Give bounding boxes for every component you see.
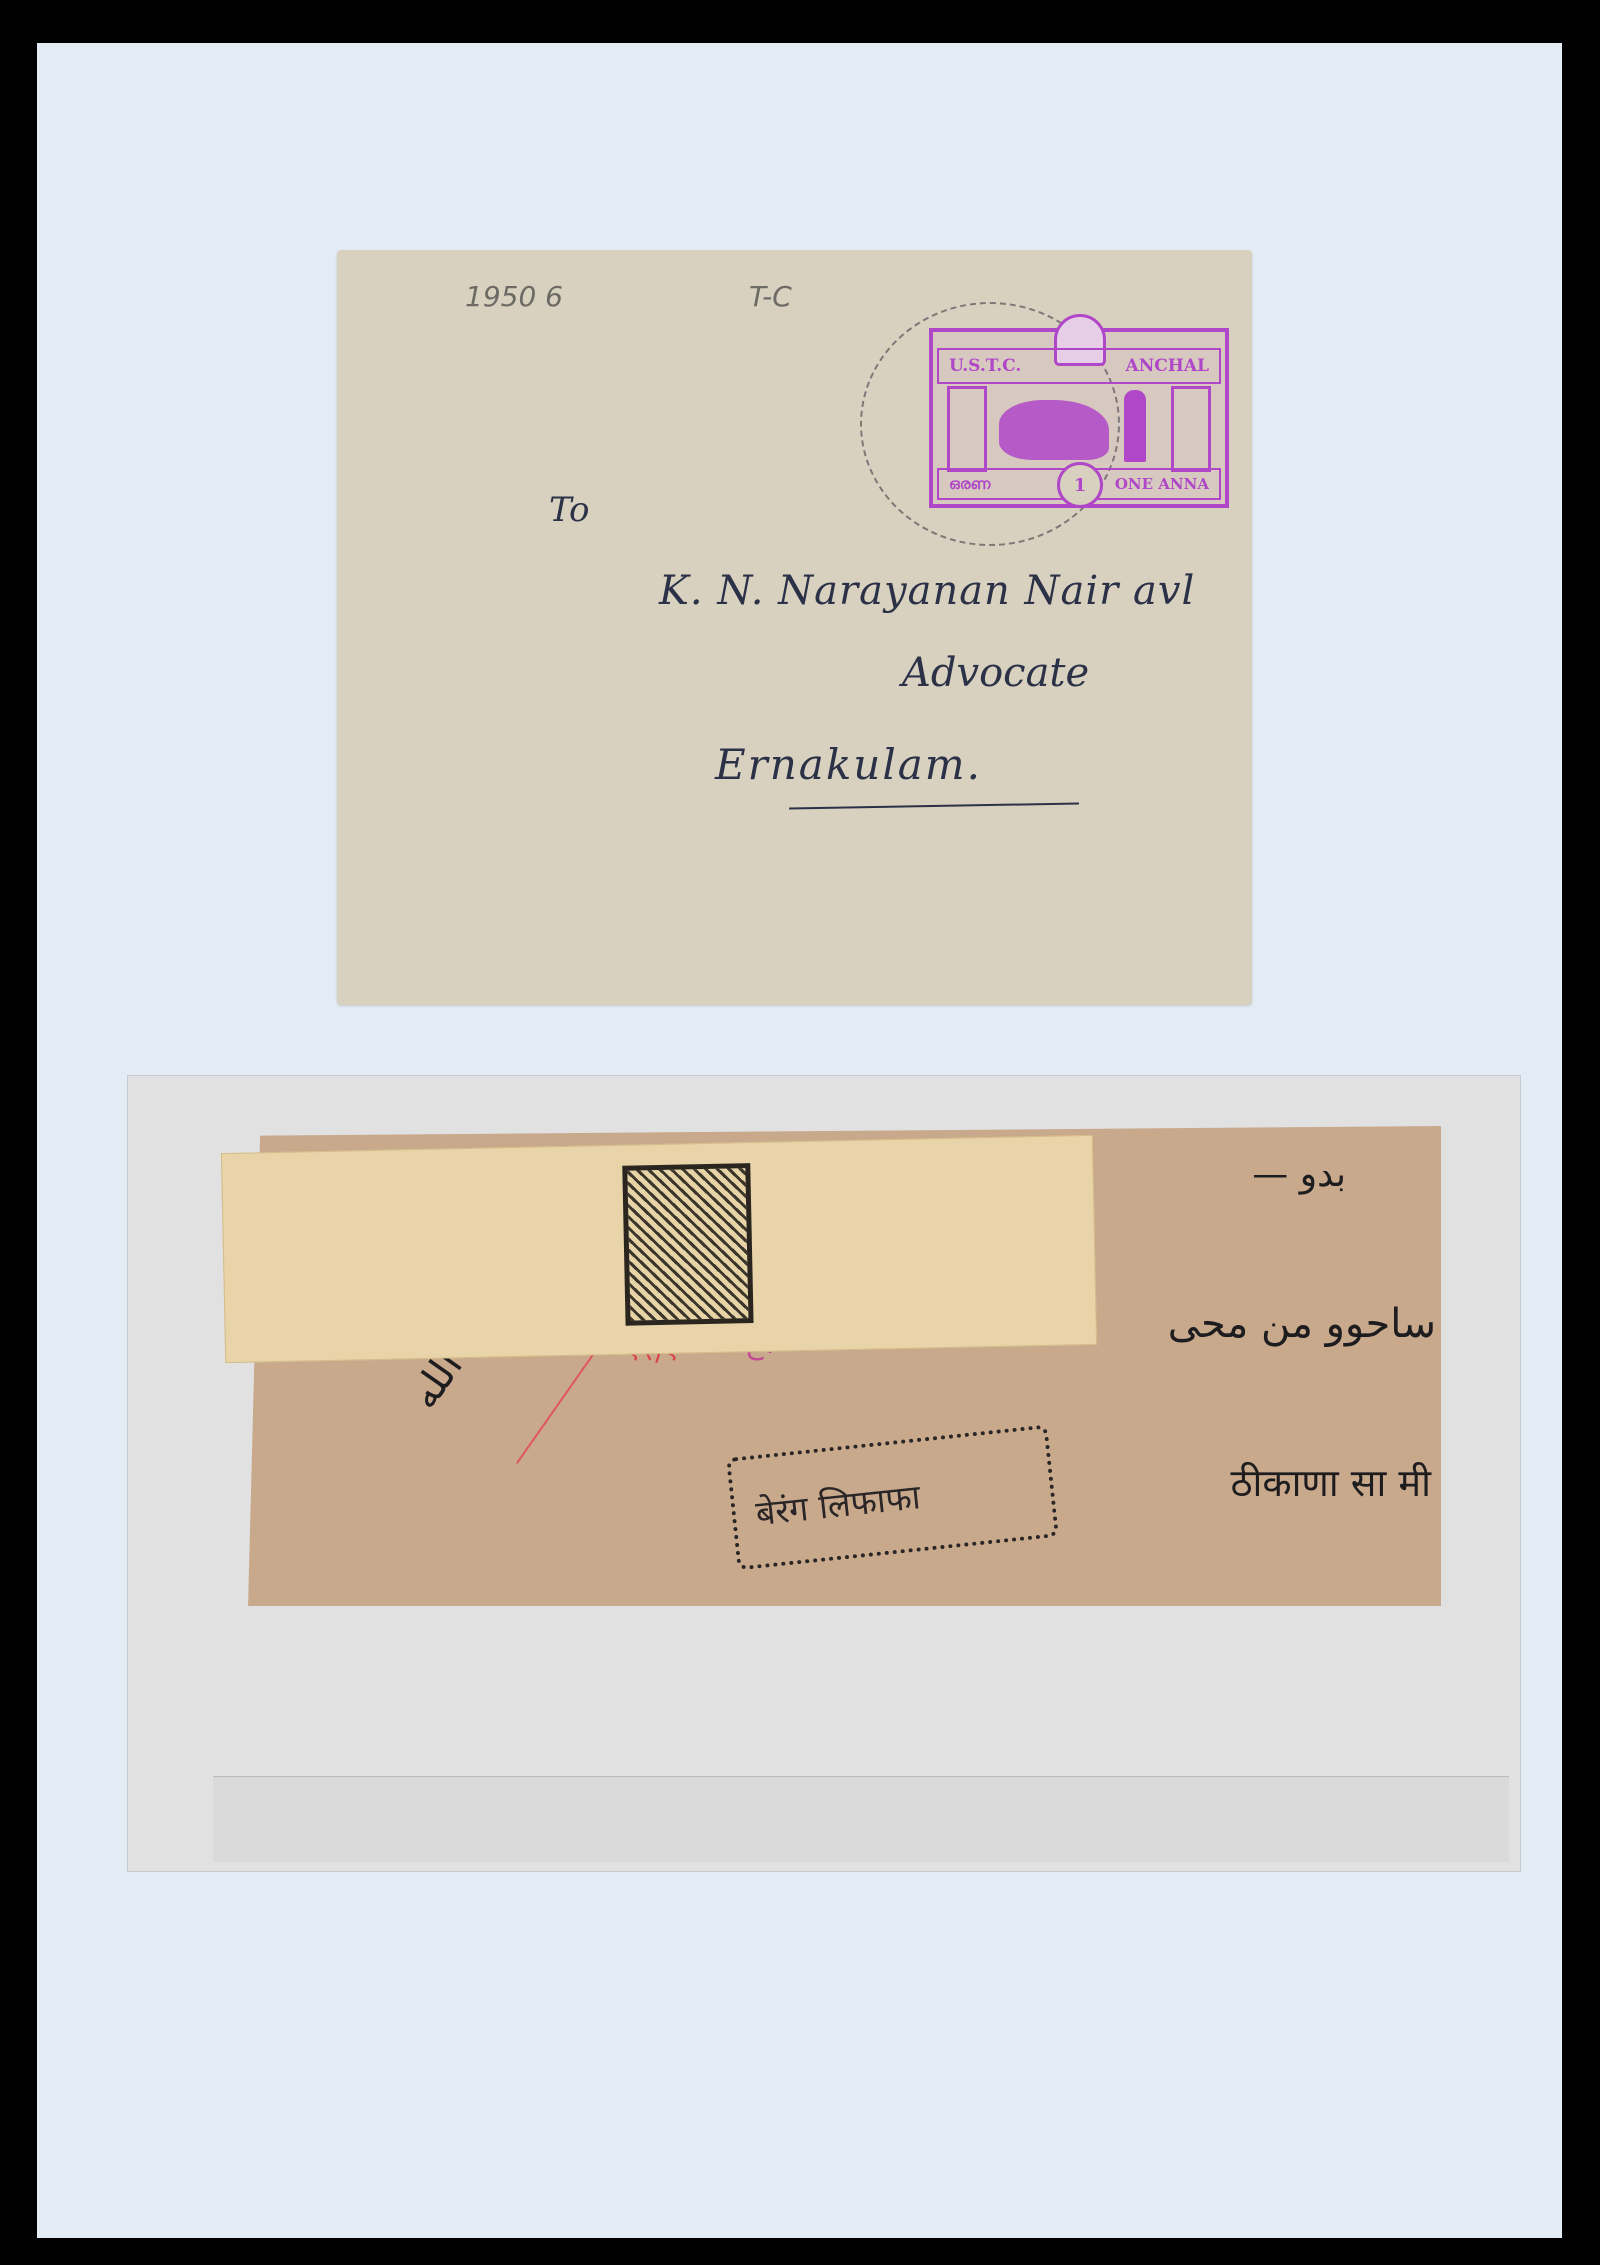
- stamp-ustc-text: U.S.T.C.: [949, 356, 1021, 376]
- stamp-malayalam-value: ഒരണ: [949, 475, 990, 493]
- pillar-left-icon: [947, 386, 987, 472]
- pencil-code-note: T-C: [749, 280, 792, 313]
- address-name: K. N. Narayanan Nair avl: [659, 568, 1195, 614]
- stamp-top-band: U.S.T.C. ANCHAL: [937, 348, 1221, 384]
- stamp-value-circle: 1: [1057, 462, 1103, 508]
- hindi-line: ठीकाणा सा मी: [1230, 1456, 1431, 1508]
- address-title: Advocate: [902, 650, 1089, 696]
- newspaper-wrapper-strip: [221, 1135, 1097, 1363]
- address-salutation: To: [549, 490, 590, 530]
- envelope-cover-ustc: 1950 6 T-C U.S.T.C. ANCHAL ഒരണ ONE ANNA …: [337, 250, 1252, 1005]
- oxen-icon: [999, 400, 1109, 460]
- stamp-anchal-text: ANCHAL: [1126, 356, 1209, 376]
- protective-sleeve: بدو — ساحوو من محی محمد عبد الله ठीकाणा …: [127, 1075, 1521, 1872]
- address-city: Ernakulam.: [715, 740, 982, 789]
- anchal-stamp: U.S.T.C. ANCHAL ഒരണ ONE ANNA 1: [929, 328, 1229, 508]
- stamp-one-anna-text: ONE ANNA: [1115, 475, 1209, 493]
- pillar-right-icon: [1171, 386, 1211, 472]
- urdu-line-2: ساحوو من محی: [1168, 1301, 1436, 1347]
- pencil-year-note: 1950 6: [465, 280, 563, 313]
- urdu-line-1: بدو —: [1252, 1154, 1346, 1195]
- square-seal-icon: [622, 1163, 753, 1326]
- album-page: 1950 6 T-C U.S.T.C. ANCHAL ഒരണ ONE ANNA …: [37, 43, 1562, 2238]
- sleeve-bottom-strip: [213, 1776, 1509, 1862]
- red-pencil-line: [516, 1348, 598, 1464]
- address-underline: [789, 802, 1079, 809]
- farmer-icon: [1124, 390, 1146, 462]
- boxed-cancel-stamp: बेरंग लिफाफा: [726, 1424, 1059, 1570]
